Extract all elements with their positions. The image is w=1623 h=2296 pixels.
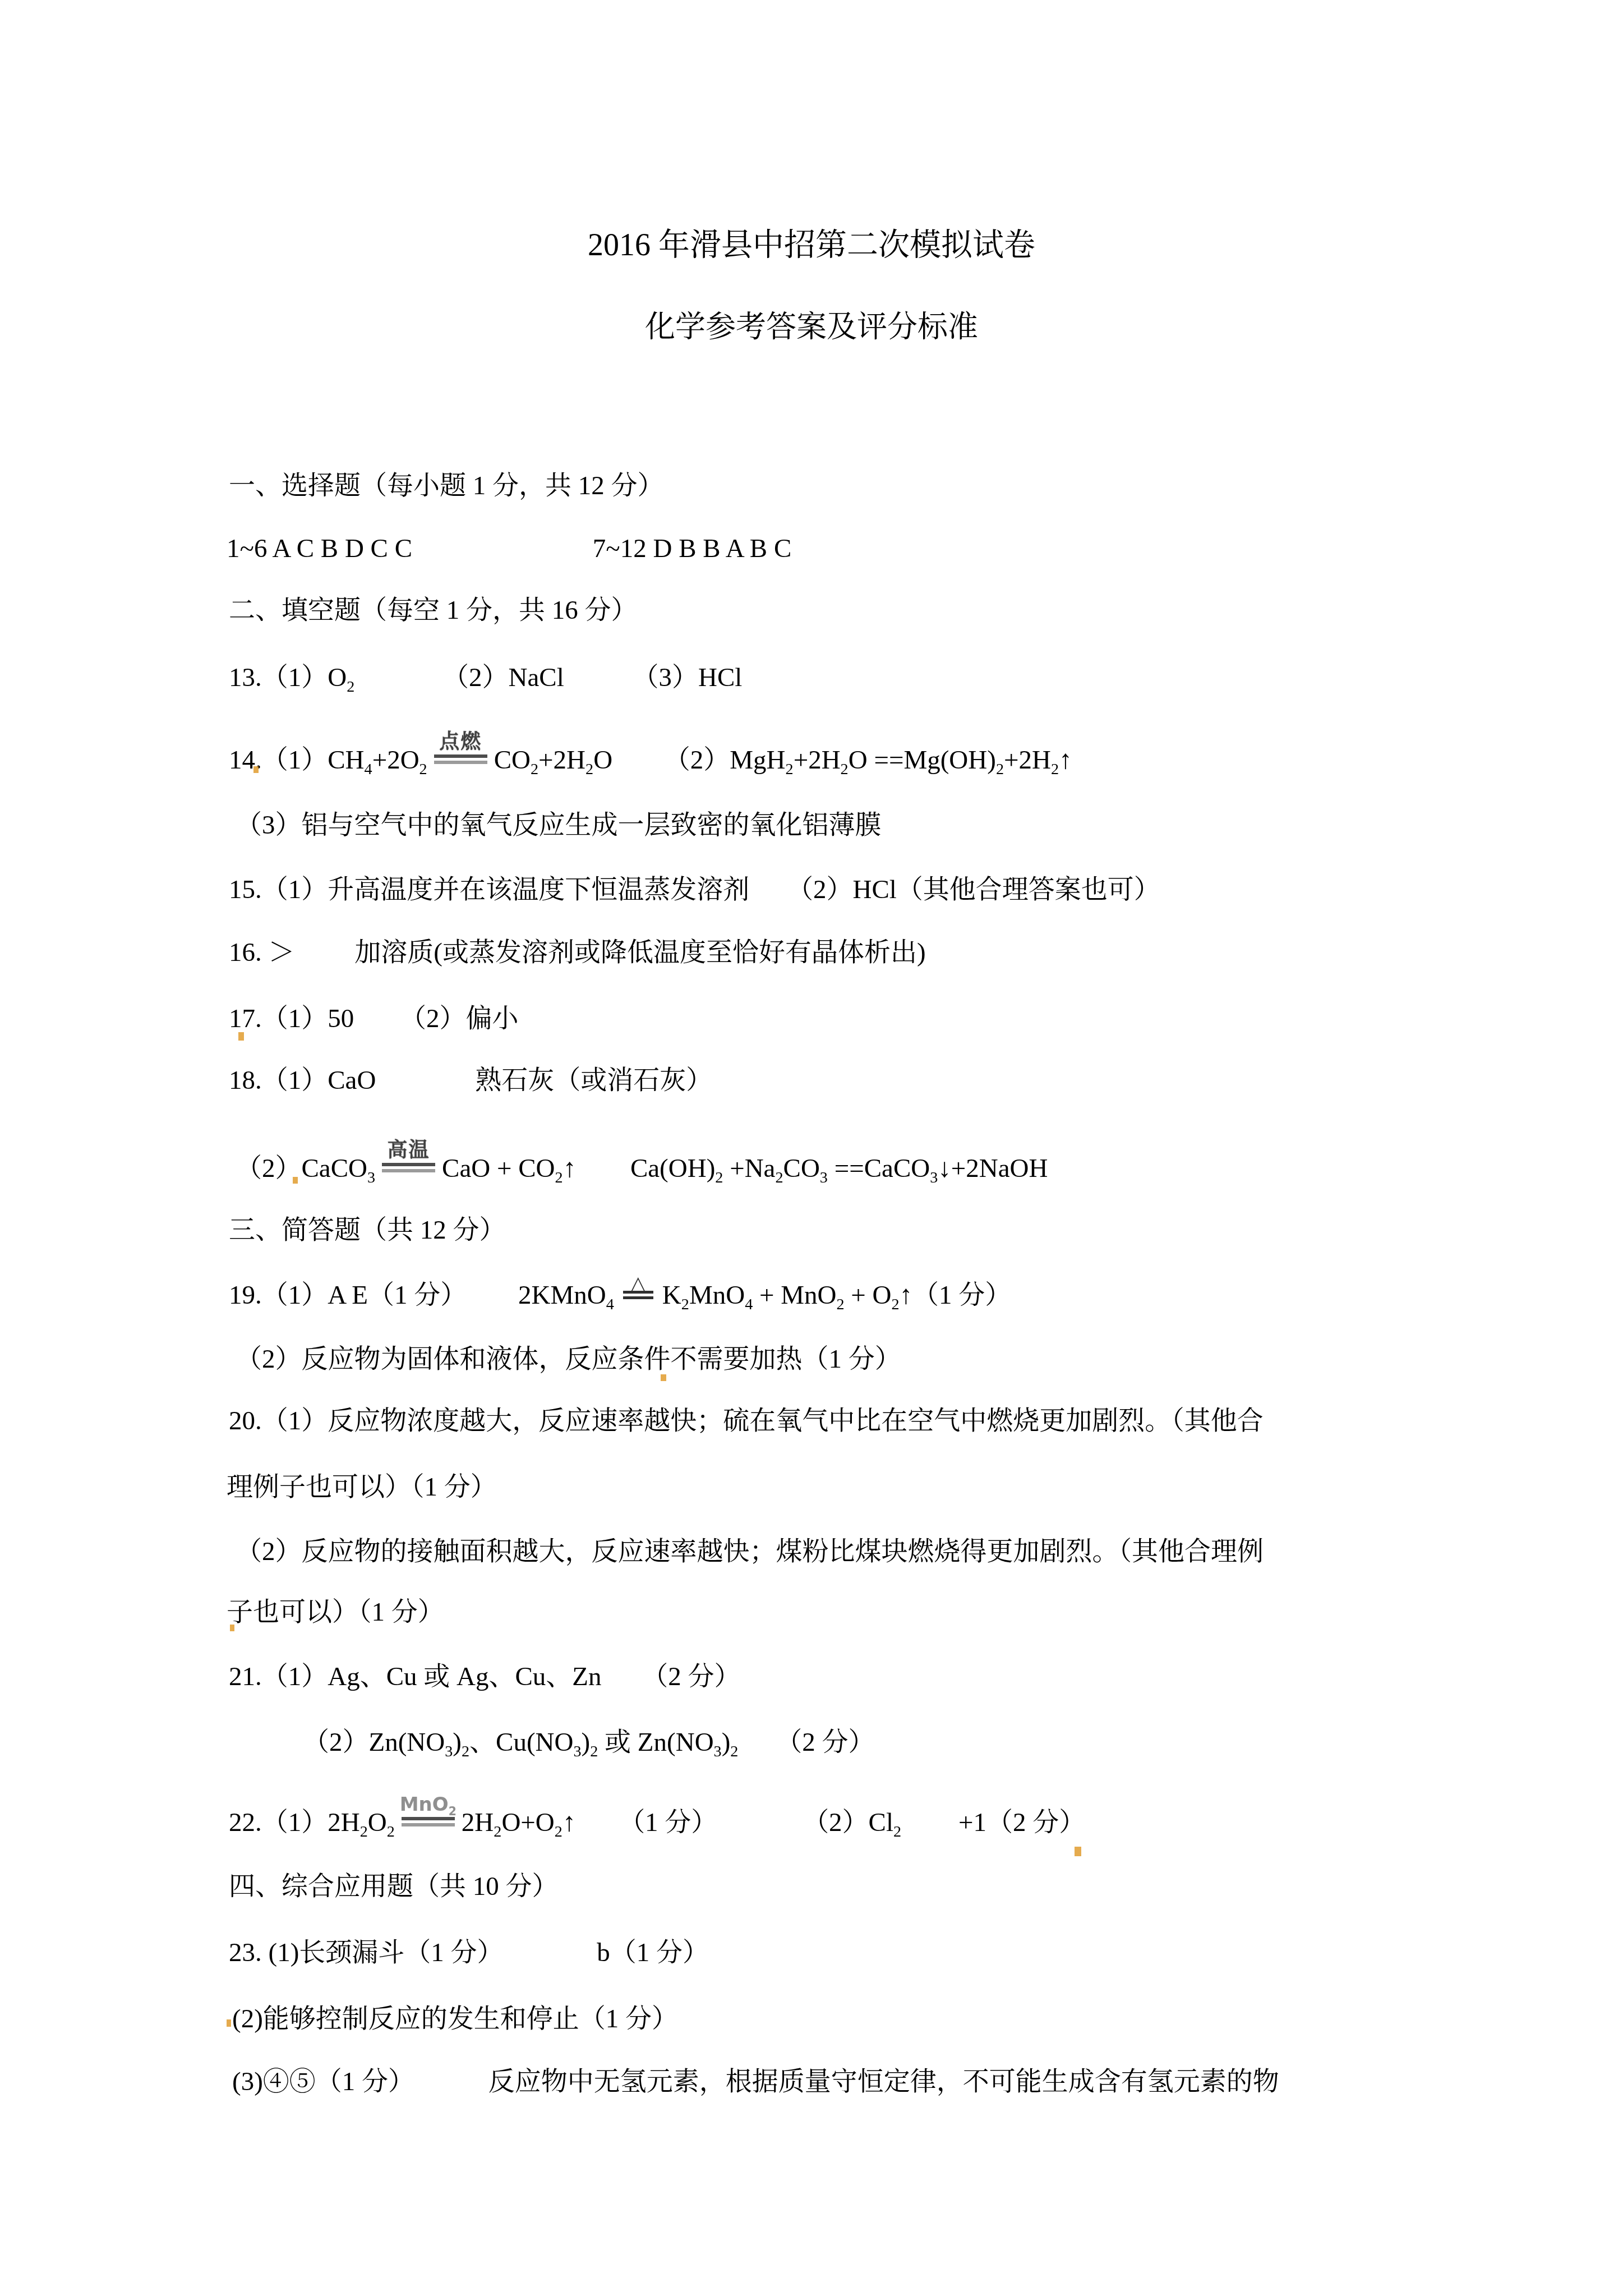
q18-part1b: 熟石灰（或消石灰） [475,1066,712,1095]
q18-eq2: Ca(OH)2 +Na2CO3 ==CaCO3↓+2NaOH [630,1154,1048,1183]
q13-part3: （3）HCl [633,663,743,692]
section4-heading: 四、综合应用题（共 10 分） [229,1871,559,1902]
q14-part3-text: （3）铝与空气中的氧气反应生成一层致密的氧化铝薄膜 [236,811,882,840]
delta-condition-icon: △ [623,1291,653,1299]
reaction-condition-ignite: 点燃 [434,754,487,764]
q18-part1: 18.（1）CaO [229,1066,376,1095]
question-16-answer: 16. ＞ 加溶质(或蒸发溶剂或降低温度至恰好有晶体析出) [229,937,926,968]
question-21-part1: 21.（1）Ag、Cu 或 Ag、Cu、Zn （2 分） [229,1661,741,1692]
question-17-answer: 17.（1）50 （2）偏小 [229,1003,519,1034]
document-page: 2016 年滑县中招第二次模拟试卷 化学参考答案及评分标准 一、选择题（每小题 … [0,0,1623,2296]
question-20-part1-line1: 20.（1）反应物浓度越大，反应速率越快；硫在氧气中比在空气中燃烧更加剧烈。（其… [229,1405,1264,1437]
question-15-answer: 15.（1）升高温度并在该温度下恒温蒸发溶剂 （2）HCl（其他合理答案也可） [229,874,1160,905]
condition-label: 点燃 [439,730,482,754]
question-18-equation: （2）CaCO3高温CaO + CO2↑ Ca(OH)2 +Na2CO3 ==C… [236,1153,1048,1184]
question-23-part3: (3)④⑤（1 分） 反应物中无氢元素，根据质量守恒定律，不可能生成含有氢元素的… [232,2066,1279,2097]
q22-eq-right: 2H2O+O2↑ [462,1808,576,1837]
condition-label: 高温 [388,1138,430,1162]
q19-eq-right: K2MnO4 + MnO2 + O2↑（1 分） [662,1281,1012,1310]
triangle-icon: △ [631,1274,645,1293]
q17-part2: （2）偏小 [400,1004,519,1033]
question-19-part2: （2）反应物为固体和液体，反应条件不需要加热（1 分） [236,1343,901,1375]
heading-text: 三、简答题（共 12 分） [229,1216,506,1245]
question-23-part1: 23. (1)长颈漏斗（1 分） b（1 分） [229,1937,709,1968]
q22-part2b: +1（2 分） [958,1808,1085,1837]
q13-part1: 13.（1）O2 [229,663,354,692]
spellcheck-artifact [661,1374,666,1381]
answers-7-12: 7~12 D B B A B C [593,534,792,563]
spellcheck-artifact [230,1625,234,1631]
q19-part1: 19.（1）A E（1 分） [229,1281,467,1310]
q22-part2: （2）Cl2 [803,1808,901,1837]
q22-eq-left: 22.（1）2H2O2 [229,1808,395,1837]
heading-text: 一、选择题（每小题 1 分，共 12 分） [229,471,664,500]
question-13-answer: 13.（1）O2 （2）NaCl （3）HCl [229,662,742,693]
document-subtitle: 化学参考答案及评分标准 [0,303,1623,346]
answers-1-6: 1~6 A C B D C C [227,534,412,563]
q20-part2-line1-text: （2）反应物的接触面积越大，反应速率越快；煤粉比煤块燃烧得更加剧烈。（其他合理例 [236,1537,1264,1566]
choice-answers-line: 1~6 A C B D C C 7~12 D B B A B C [227,533,791,564]
spellcheck-artifact [293,1177,298,1184]
question-23-part2: (2)能够控制反应的发生和停止（1 分） [232,2003,678,2035]
question-14-part3: （3）铝与空气中的氧气反应生成一层致密的氧化铝薄膜 [236,809,882,841]
reaction-condition-hightemp: 高温 [382,1163,435,1172]
condition-label: MnO2 [400,1793,457,1816]
question-14-answer: 14.（1）CH4+2O2点燃CO2+2H2O （2）MgH2+2H2O ==M… [229,744,1072,776]
spellcheck-artifact [253,766,259,773]
q14-eq1-left: 14.（1）CH4+2O2 [229,746,427,775]
q23-part3-label: (3)④⑤（1 分） [232,2067,414,2096]
q21-part1-text: 21.（1）Ag、Cu 或 Ag、Cu、Zn [229,1662,602,1691]
q19-part2-text: （2）反应物为固体和液体，反应条件不需要加热（1 分） [236,1345,901,1374]
section1-heading: 一、选择题（每小题 1 分，共 12 分） [229,470,664,501]
reaction-condition-mno2: MnO2 [402,1817,455,1826]
q20-part1-line2-text: 理例子也可以）（1 分） [227,1473,497,1502]
question-20-part2-line1: （2）反应物的接触面积越大，反应速率越快；煤粉比煤块燃烧得更加剧烈。（其他合理例 [236,1536,1264,1567]
question-21-part2: （2）Zn(NO3)2、Cu(NO3)2 或 Zn(NO3)2 （2 分） [303,1727,874,1758]
document-title: 2016 年滑县中招第二次模拟试卷 [0,220,1623,265]
q21-part1-score: （2 分） [642,1662,740,1691]
q17-part1: 17.（1）50 [229,1004,354,1033]
question-20-part2-line2: 子也可以）（1 分） [227,1596,444,1628]
question-18-answer: 18.（1）CaO 熟石灰（或消石灰） [229,1065,712,1096]
q15-part2: （2）HCl（其他合理答案也可） [787,875,1160,904]
q14-part2: （2）MgH2+2H2O ==Mg(OH)2+2H2↑ [664,746,1072,775]
q18-eq-left: （2）CaCO3 [236,1154,375,1183]
q19-eq-left: 2KMnO4 [518,1281,614,1310]
double-bar-icon [434,754,487,764]
double-bar-icon [402,1817,455,1826]
heading-text: 二、填空题（每空 1 分，共 16 分） [229,596,638,625]
q23-part1b: b（1 分） [597,1938,709,1967]
q21-part2-text: （2）Zn(NO3)2、Cu(NO3)2 或 Zn(NO3)2 [303,1728,738,1757]
double-bar-icon [382,1163,435,1172]
q14-eq1-right: CO2+2H2O [494,746,612,775]
spellcheck-artifact [1075,1847,1081,1856]
q13-part2: （2）NaCl [442,663,564,692]
q16-symbol: 16. ＞ [229,938,295,967]
q21-part2-score: （2 分） [776,1728,874,1757]
q18-eq-right: CaO + CO2↑ [442,1154,576,1183]
q23-part1-text: 23. (1)长颈漏斗（1 分） [229,1938,504,1967]
heading-text: 四、综合应用题（共 10 分） [229,1872,559,1901]
q22-score1: （1 分） [619,1808,717,1837]
q20-part1-line1-text: 20.（1）反应物浓度越大，反应速率越快；硫在氧气中比在空气中燃烧更加剧烈。（其… [229,1406,1264,1435]
question-20-part1-line2: 理例子也可以）（1 分） [227,1471,497,1503]
q16-text: 加溶质(或蒸发溶剂或降低温度至恰好有晶体析出) [354,938,925,967]
question-22-answer: 22.（1）2H2O2MnO22H2O+O2↑ （1 分） （2）Cl2 +1（… [229,1807,1085,1838]
spellcheck-artifact [238,1032,244,1041]
section3-heading: 三、简答题（共 12 分） [229,1214,506,1246]
section2-heading: 二、填空题（每空 1 分，共 16 分） [229,595,638,626]
q15-part1-text: 15.（1）升高温度并在该温度下恒温蒸发溶剂 [229,875,749,904]
q23-part3-text: 反应物中无氢元素，根据质量守恒定律，不可能生成含有氢元素的物 [488,2067,1279,2096]
q23-part2-text: (2)能够控制反应的发生和停止（1 分） [232,2004,678,2033]
question-19-answer: 19.（1）A E（1 分） 2KMnO4△K2MnO4 + MnO2 + O2… [229,1280,1011,1311]
spellcheck-artifact [227,2019,231,2027]
q20-part2-line2-text: 子也可以）（1 分） [227,1598,444,1627]
